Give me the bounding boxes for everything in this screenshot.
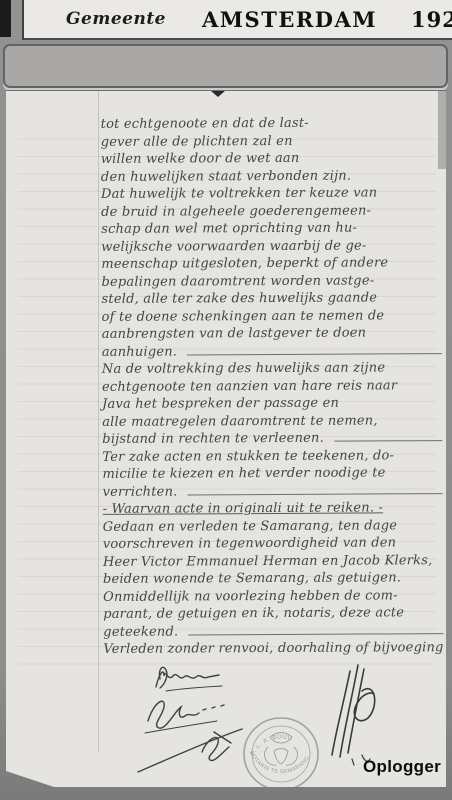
handwritten-line: de bruid in algeheele goederengemeen- bbox=[101, 202, 443, 221]
handwritten-line: welijksche voorwaarden waarbij de ge- bbox=[101, 237, 443, 256]
handwritten-line: willen welke door de wet aan bbox=[101, 149, 443, 168]
city-title: AMSTERDAM bbox=[202, 9, 377, 30]
handwritten-line: micilie te kiezen en het verder noodige … bbox=[102, 464, 444, 483]
notary-stamp: F. L. A. BOUD NOTARIS TE SEMARANG bbox=[244, 718, 318, 788]
stamp-bottom-text: NOTARIS TE SEMARANG bbox=[248, 751, 311, 776]
svg-text:NOTARIS TE SEMARANG: NOTARIS TE SEMARANG bbox=[248, 751, 311, 776]
witness-signature-2 bbox=[145, 701, 224, 733]
handwritten-line: Verleden zonder renvooi, doorhaling of b… bbox=[103, 639, 445, 658]
stamp-top-text: F. L. A. BOUD bbox=[250, 734, 293, 756]
municipality-label: Gemeente bbox=[66, 11, 166, 28]
handwritten-line: of te doene schenkingen aan te nemen de bbox=[102, 307, 444, 326]
witness-signature-1 bbox=[156, 667, 222, 691]
document-page: tot echtgenoote en dat de last-gever all… bbox=[6, 90, 446, 787]
app-label: Oplogger bbox=[363, 757, 441, 777]
register-header: Gemeente AMSTERDAM 1922 bbox=[22, 0, 452, 40]
handwritten-text-block: tot echtgenoote en dat de last-gever all… bbox=[101, 114, 446, 658]
handwritten-line: echtgenoote ten aanzien van hare reis na… bbox=[102, 377, 444, 396]
handwritten-line: parant, de getuigen en ik, notaris, deze… bbox=[103, 604, 445, 623]
handwritten-line: - Waarvan acte in originali uit te reike… bbox=[103, 499, 445, 518]
handwritten-line: Dat huwelijk te voltrekken ter keuze van bbox=[101, 184, 443, 203]
handwritten-line: den huwelijken staat verbonden zijn. bbox=[101, 167, 443, 186]
handwritten-line: schap dan wel met oprichting van hu- bbox=[101, 219, 443, 238]
handwritten-line: Onmiddellijk na voorlezing hebben de com… bbox=[103, 587, 445, 606]
handwritten-line: geteekend. bbox=[103, 622, 445, 641]
notary-signature bbox=[332, 665, 375, 765]
handwritten-line: bijstand in rechten te verleenen. bbox=[102, 429, 444, 448]
archive-viewer: Gemeente AMSTERDAM 1922 tot echtgenoote … bbox=[0, 0, 452, 800]
left-edge-strip bbox=[0, 0, 11, 37]
handwritten-line: gever alle de plichten zal en bbox=[101, 132, 443, 151]
page-margin-crease bbox=[98, 91, 99, 753]
handwritten-line: Gedaan en verleden te Samarang, ten dage bbox=[103, 517, 445, 536]
handwritten-line: Na de voltrekking des huwelijks aan zijn… bbox=[102, 359, 444, 378]
handwritten-line: steld, alle ter zake des huwelijks gaand… bbox=[101, 289, 443, 308]
handwritten-line: Ter zake acten en stukken te teekenen, d… bbox=[102, 447, 444, 466]
year-label: 1922 bbox=[411, 9, 452, 30]
svg-text:F. L. A. BOUD: F. L. A. BOUD bbox=[250, 734, 293, 756]
handwritten-line: Java het bespreken der passage en bbox=[102, 394, 444, 413]
handwritten-line: aanhuigen. bbox=[102, 342, 444, 361]
witness-signature-3 bbox=[138, 729, 242, 772]
handwritten-line: Heer Victor Emmanuel Herman en Jacob Kle… bbox=[103, 552, 445, 571]
page-marker-triangle-icon bbox=[211, 91, 225, 97]
handwritten-line: tot echtgenoote en dat de last- bbox=[101, 114, 443, 133]
handwritten-line: bepalingen daaromtrent worden vastge- bbox=[101, 272, 443, 291]
handwritten-line: voorschreven in tegenwoordigheid van den bbox=[103, 534, 445, 553]
handwritten-line: meenschap uitgesloten, beperkt of andere bbox=[101, 254, 443, 273]
handwritten-line: alle maatregelen daaromtrent te nemen, bbox=[102, 412, 444, 431]
register-spine bbox=[3, 44, 448, 88]
handwritten-line: beiden wonende te Semarang, als getuigen… bbox=[103, 569, 445, 588]
handwritten-line: verrichten. bbox=[103, 482, 445, 501]
handwritten-line: aanbrengsten van de lastgever te doen bbox=[102, 324, 444, 343]
